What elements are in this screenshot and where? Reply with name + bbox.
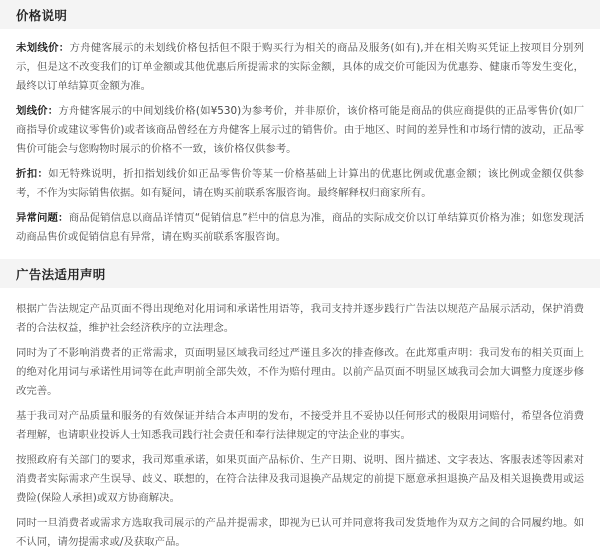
section-body: 根据广告法规定产品页面不得出现绝对化用词和承诺性用语等，我司支持并逐步践行广告法… bbox=[0, 288, 600, 548]
ad-law-paragraph: 同时为了不影响消费者的正常需求，页面明显区域我司经过严谨且多次的排查修改。在此郑… bbox=[16, 344, 584, 401]
section-header: 广告法适用声明 bbox=[0, 259, 600, 288]
price-item-abnormal: 异常问题：商品促销信息以商品详情页“促销信息”栏中的信息为准，商品的实际成交价以… bbox=[16, 209, 584, 247]
section-header: 价格说明 bbox=[0, 0, 600, 29]
ad-law-paragraph: 按照政府有关部门的要求，我司郑重承诺，如果页面产品标价、生产日期、说明、图片描述… bbox=[16, 451, 584, 508]
item-text: 如无特殊说明，折扣指划线价如正品零售价等某一价格基础上计算出的优惠比例或优惠金额… bbox=[16, 168, 584, 199]
ad-law-paragraph: 同时一旦消费者或需求方选取我司展示的产品并提需求，即视为已认可并同意将我司发货地… bbox=[16, 514, 584, 548]
ad-law-paragraph: 基于我司对产品质量和服务的有效保证并结合本声明的发布，不接受并且不妥协以任何形式… bbox=[16, 407, 584, 445]
price-item-lined-price: 划线价：方舟健客展示的中间划线价格(如¥530)为参考价，并非原价，该价格可能是… bbox=[16, 102, 584, 159]
price-item-discount: 折扣：如无特殊说明，折扣指划线价如正品零售价等某一价格基础上计算出的优惠比例或优… bbox=[16, 165, 584, 203]
section-title: 广告法适用声明 bbox=[16, 265, 106, 283]
ad-law-paragraph: 根据广告法规定产品页面不得出现绝对化用词和承诺性用语等，我司支持并逐步践行广告法… bbox=[16, 300, 584, 338]
item-text: 商品促销信息以商品详情页“促销信息”栏中的信息为准，商品的实际成交价以订单结算页… bbox=[16, 212, 584, 243]
item-text: 方舟健客展示的中间划线价格(如¥530)为参考价，并非原价，该价格可能是商品的供… bbox=[16, 105, 584, 155]
ad-law-statement-section: 广告法适用声明 根据广告法规定产品页面不得出现绝对化用词和承诺性用语等，我司支持… bbox=[0, 259, 600, 548]
price-item-unlined-price: 未划线价：方舟健客展示的未划线价格包括但不限于购买行为相关的商品及服务(如有),… bbox=[16, 39, 584, 96]
price-explanation-section: 价格说明 未划线价：方舟健客展示的未划线价格包括但不限于购买行为相关的商品及服务… bbox=[0, 0, 600, 259]
item-term: 折扣： bbox=[16, 168, 48, 180]
section-body: 未划线价：方舟健客展示的未划线价格包括但不限于购买行为相关的商品及服务(如有),… bbox=[0, 29, 600, 259]
section-title: 价格说明 bbox=[16, 6, 67, 24]
item-text: 方舟健客展示的未划线价格包括但不限于购买行为相关的商品及服务(如有),并在相关购… bbox=[16, 42, 584, 92]
item-term: 划线价： bbox=[16, 105, 58, 117]
item-term: 异常问题： bbox=[16, 212, 69, 224]
item-term: 未划线价： bbox=[16, 42, 70, 54]
